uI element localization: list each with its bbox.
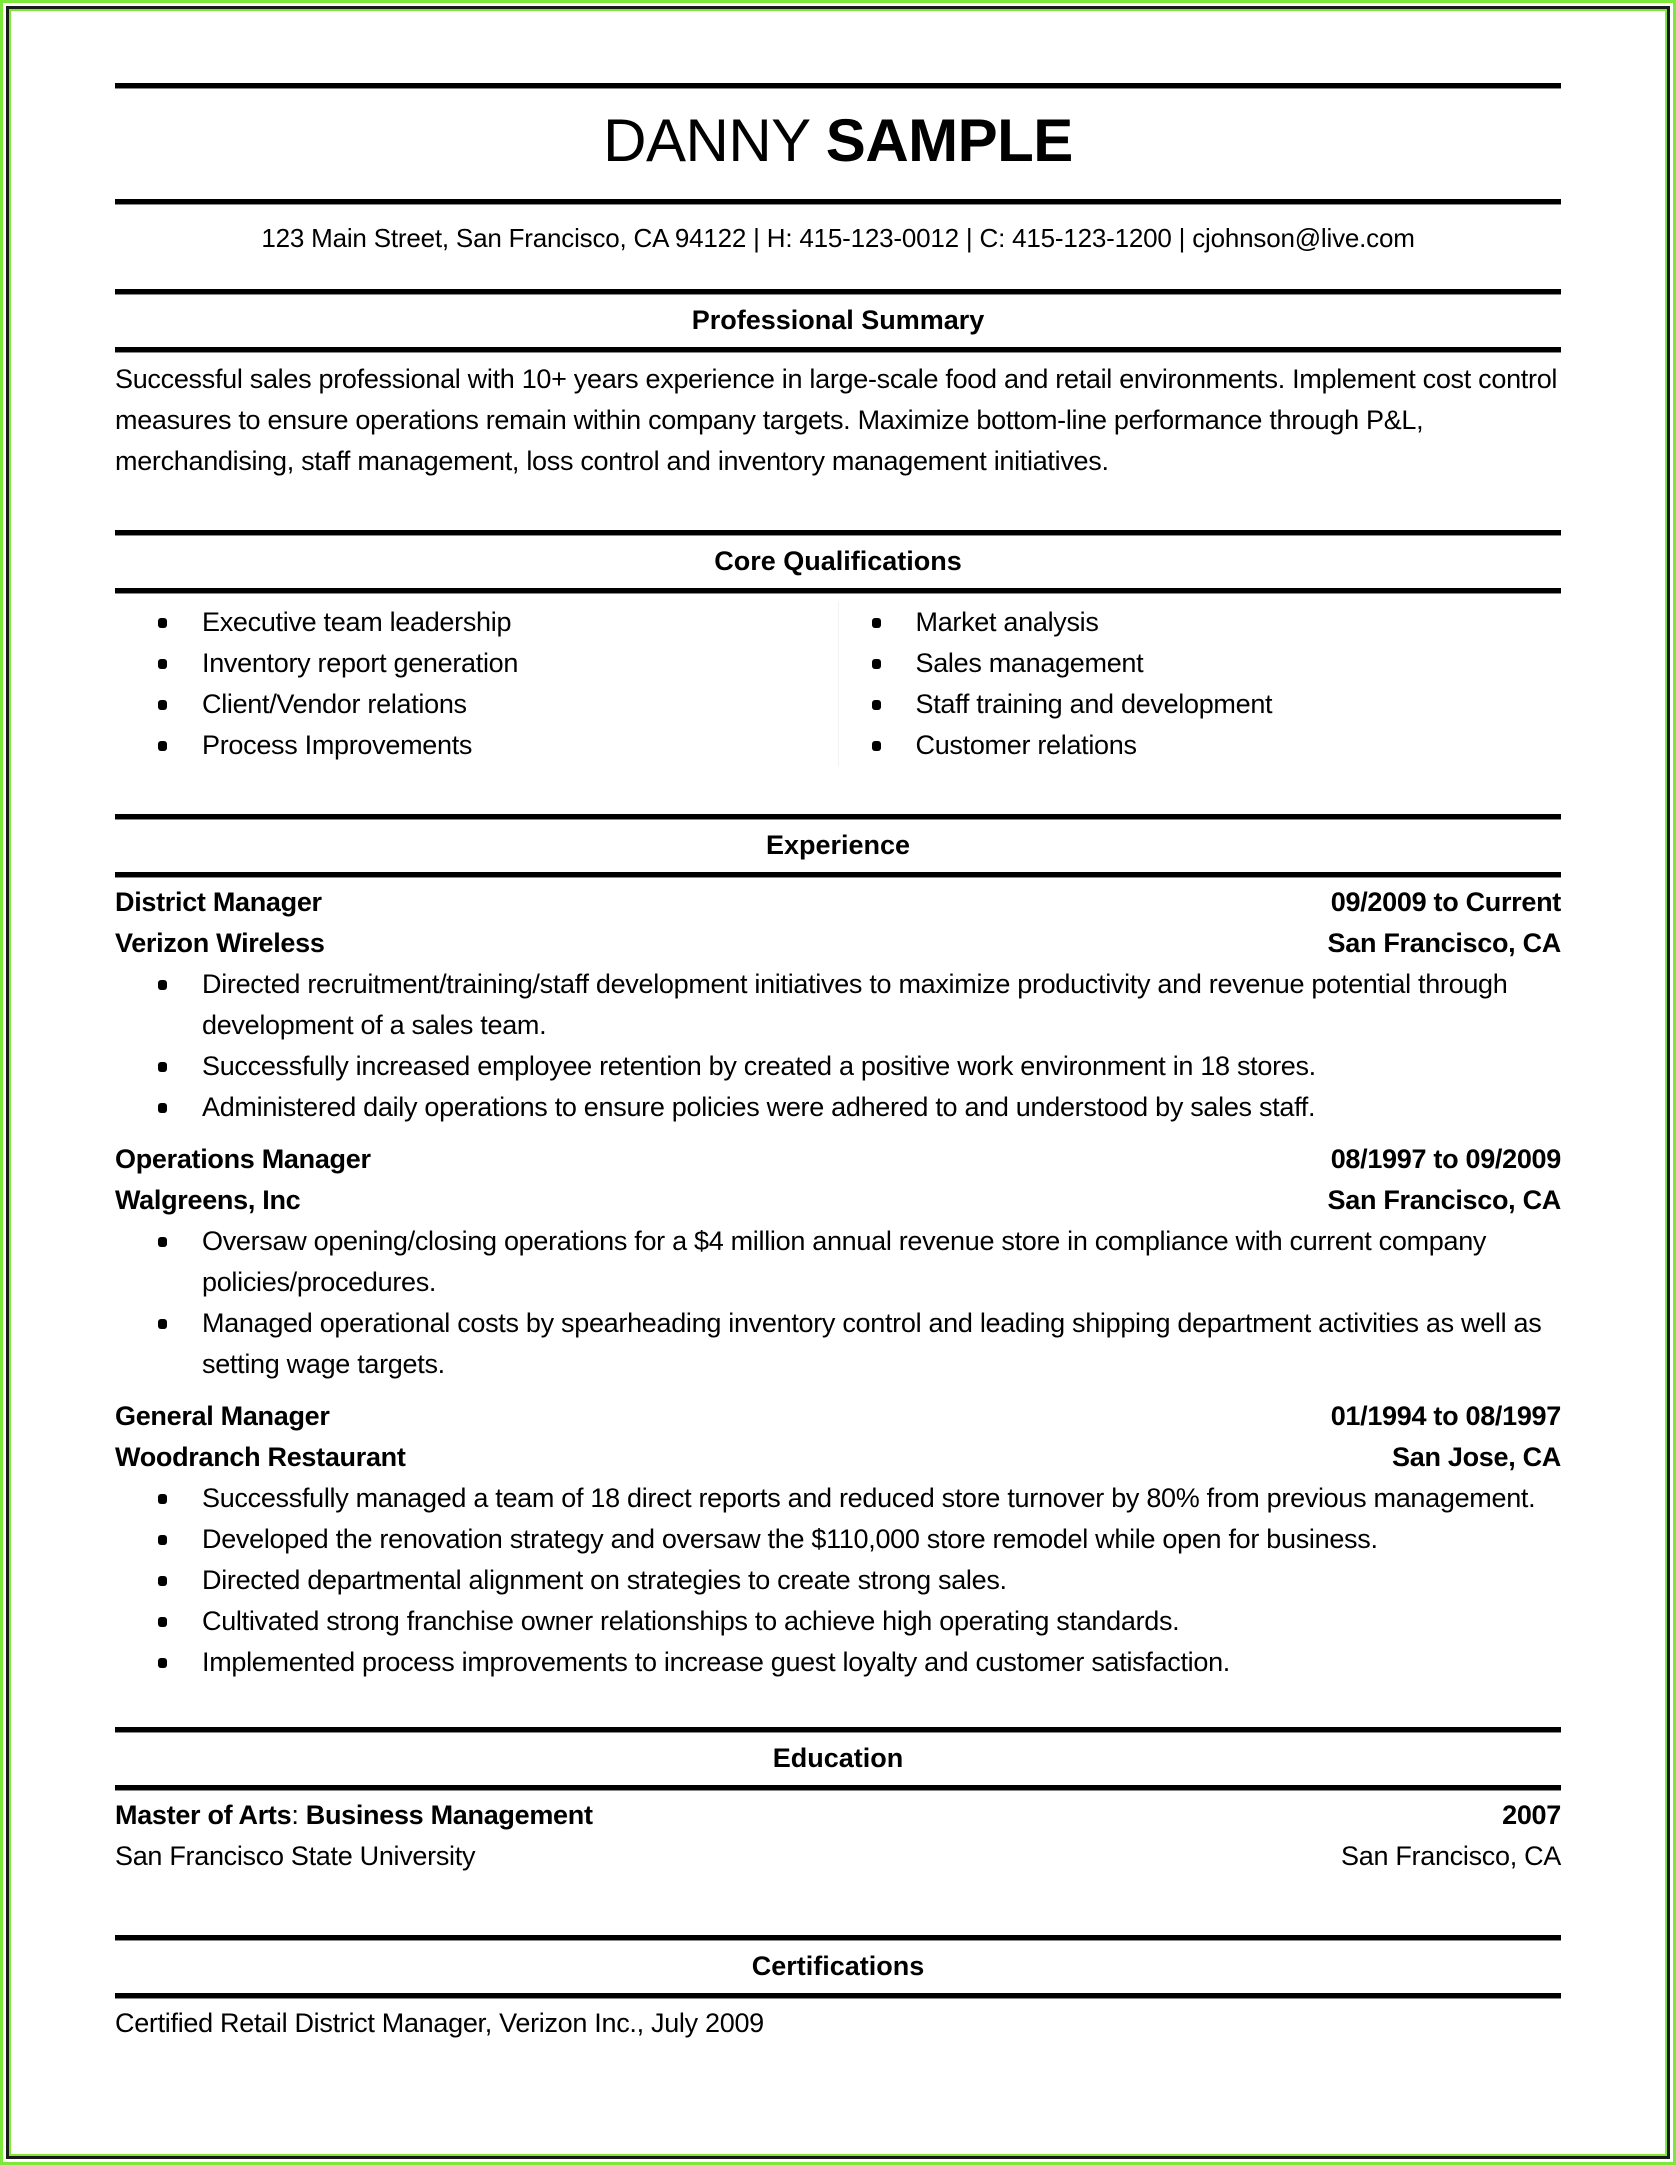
section-heading-certifications: Certifications bbox=[115, 1941, 1561, 1993]
education-entry: Master of Arts: Business Management 2007… bbox=[115, 1791, 1561, 1877]
job-location: San Jose, CA bbox=[1392, 1437, 1561, 1478]
qualification-item: Executive team leadership bbox=[115, 602, 838, 643]
job-bullet: Implemented process improvements to incr… bbox=[115, 1642, 1545, 1683]
contact-info: 123 Main Street, San Francisco, CA 94122… bbox=[115, 205, 1561, 289]
job-bullet: Developed the renovation strategy and ov… bbox=[115, 1519, 1545, 1560]
bullet-icon bbox=[158, 1237, 167, 1247]
candidate-name: DANNY SAMPLE bbox=[115, 89, 1561, 199]
qualifications-column-right: Market analysisSales managementStaff tra… bbox=[838, 602, 1562, 766]
job-dates: 08/1997 to 09/2009 bbox=[1331, 1139, 1561, 1180]
job-entry: General Manager01/1994 to 08/1997Woodran… bbox=[115, 1385, 1561, 1683]
bullet-icon bbox=[158, 1535, 167, 1545]
job-entry: District Manager09/2009 to CurrentVerizo… bbox=[115, 878, 1561, 1128]
bullet-icon bbox=[158, 1319, 167, 1329]
qualifications-list: Executive team leadershipInventory repor… bbox=[115, 594, 1561, 766]
bullet-icon bbox=[158, 1658, 167, 1668]
bullet-icon bbox=[872, 659, 881, 669]
qualification-item: Inventory report generation bbox=[115, 643, 838, 684]
qualifications-column-left: Executive team leadershipInventory repor… bbox=[115, 602, 838, 766]
summary-text: Successful sales professional with 10+ y… bbox=[115, 353, 1561, 482]
qualification-item: Staff training and development bbox=[839, 684, 1562, 725]
qualification-item: Sales management bbox=[839, 643, 1562, 684]
section-heading-qualifications: Core Qualifications bbox=[115, 536, 1561, 588]
job-title: Operations Manager bbox=[115, 1139, 371, 1180]
job-bullet: Managed operational costs by spearheadin… bbox=[115, 1303, 1545, 1385]
bullet-icon bbox=[158, 618, 167, 628]
first-name: DANNY bbox=[603, 107, 809, 174]
degree: Master of Arts: Business Management bbox=[115, 1795, 593, 1836]
resume-document: DANNY SAMPLE 123 Main Street, San Franci… bbox=[115, 83, 1561, 2044]
qualification-item: Process Improvements bbox=[115, 725, 838, 766]
qualification-item: Client/Vendor relations bbox=[115, 684, 838, 725]
bullet-icon bbox=[872, 618, 881, 628]
bullet-icon bbox=[158, 700, 167, 710]
company-name: Verizon Wireless bbox=[115, 923, 325, 964]
job-bullet: Cultivated strong franchise owner relati… bbox=[115, 1601, 1545, 1642]
bullet-icon bbox=[158, 1062, 167, 1072]
company-name: Woodranch Restaurant bbox=[115, 1437, 406, 1478]
bullet-icon bbox=[158, 741, 167, 751]
job-location: San Francisco, CA bbox=[1328, 1180, 1561, 1221]
qualification-item: Customer relations bbox=[839, 725, 1562, 766]
job-dates: 09/2009 to Current bbox=[1331, 882, 1561, 923]
bullet-icon bbox=[158, 1617, 167, 1627]
bullet-icon bbox=[158, 659, 167, 669]
bullet-icon bbox=[158, 1103, 167, 1113]
bullet-icon bbox=[872, 741, 881, 751]
section-heading-experience: Experience bbox=[115, 820, 1561, 872]
bullet-icon bbox=[872, 700, 881, 710]
school-name: San Francisco State University bbox=[115, 1836, 475, 1877]
section-heading-summary: Professional Summary bbox=[115, 295, 1561, 347]
section-heading-education: Education bbox=[115, 1733, 1561, 1785]
bullet-icon bbox=[158, 980, 167, 990]
job-bullet: Successfully increased employee retentio… bbox=[115, 1046, 1545, 1087]
qualification-item: Market analysis bbox=[839, 602, 1562, 643]
certifications-list: Certified Retail District Manager, Veriz… bbox=[115, 1999, 1561, 2044]
job-bullet: Oversaw opening/closing operations for a… bbox=[115, 1221, 1545, 1303]
experience-list: District Manager09/2009 to CurrentVerizo… bbox=[115, 878, 1561, 1683]
school-location: San Francisco, CA bbox=[1341, 1836, 1561, 1877]
bullet-icon bbox=[158, 1494, 167, 1504]
job-bullet: Successfully managed a team of 18 direct… bbox=[115, 1478, 1545, 1519]
company-name: Walgreens, Inc bbox=[115, 1180, 300, 1221]
job-title: General Manager bbox=[115, 1396, 330, 1437]
job-entry: Operations Manager08/1997 to 09/2009Walg… bbox=[115, 1128, 1561, 1385]
job-bullet: Directed departmental alignment on strat… bbox=[115, 1560, 1545, 1601]
job-title: District Manager bbox=[115, 882, 322, 923]
job-bullet: Directed recruitment/training/staff deve… bbox=[115, 964, 1545, 1046]
last-name: SAMPLE bbox=[826, 107, 1073, 174]
certification-item: Certified Retail District Manager, Veriz… bbox=[115, 2003, 1561, 2044]
job-bullet: Administered daily operations to ensure … bbox=[115, 1087, 1545, 1128]
job-location: San Francisco, CA bbox=[1328, 923, 1561, 964]
bullet-icon bbox=[158, 1576, 167, 1586]
job-dates: 01/1994 to 08/1997 bbox=[1331, 1396, 1561, 1437]
graduation-year: 2007 bbox=[1502, 1795, 1561, 1836]
